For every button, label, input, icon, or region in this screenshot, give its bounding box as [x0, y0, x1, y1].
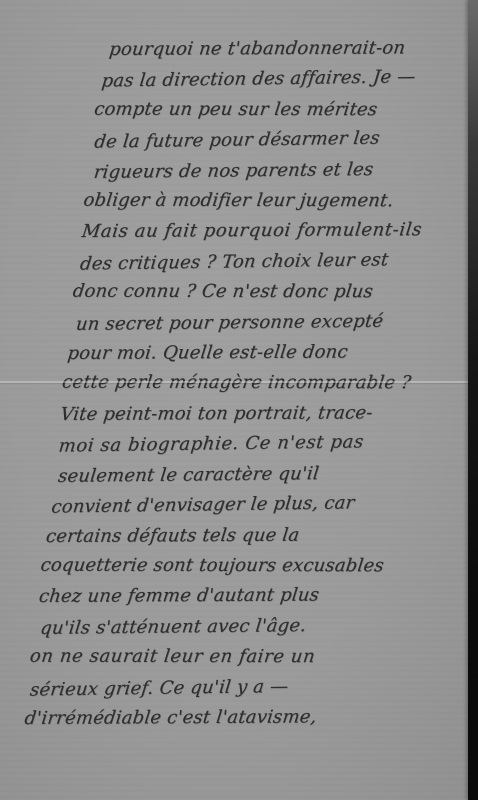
handwritten-line: sérieux grief. Ce qu'il y a —: [28, 670, 404, 706]
handwritten-line: de la future pour désarmer les: [93, 123, 469, 159]
handwritten-line: Mais au fait pourquoi formulent-ils: [80, 215, 456, 247]
handwritten-line: compte un peu sur les mérites: [92, 94, 468, 125]
handwritten-line: obliger à modifier leur jugement.: [82, 186, 458, 217]
handwritten-line: certains défauts tels que la: [44, 520, 420, 552]
handwritten-line: qu'ils s'atténuent avec l'âge.: [38, 610, 414, 644]
handwritten-line: pourquoi ne t'abandonnerait-on: [107, 33, 478, 65]
handwritten-line: des critiques ? Ton choix leur est: [78, 244, 454, 280]
handwritten-line: moi sa biographie. Ce n'est pas: [57, 427, 433, 463]
handwritten-line: cette perle ménagère incomparable ?: [60, 368, 436, 399]
handwritten-line: donc connu ? Ce n'est donc plus: [71, 277, 447, 308]
handwritten-line: un secret pour personne excepté: [74, 306, 450, 340]
handwritten-line: convient d'envisager le plus, car: [50, 487, 426, 523]
handwritten-line: d'irrémédiable c'est l'atavisme,: [23, 702, 399, 734]
handwritten-line: coquetterie sont toujours excusables: [39, 551, 415, 582]
handwritten-line: rigueurs de nos parents et les: [92, 154, 468, 188]
handwriting-block: pourquoi ne t'abandonnerait-on pas la di…: [23, 33, 477, 734]
handwritten-line: on ne saurait leur en faire un: [28, 642, 404, 673]
handwritten-line: Vite peint-moi ton portrait, trace-: [59, 398, 435, 430]
scan-edge-shadow: [468, 0, 478, 800]
handwritten-line: pour moi. Quelle est-elle donc: [66, 337, 442, 369]
handwritten-line: seulement le caractère qu'il: [56, 458, 432, 492]
scanned-letter-page: pourquoi ne t'abandonnerait-on pas la di…: [0, 0, 478, 800]
handwritten-line: pas la direction des affaires. Je —: [100, 62, 476, 98]
paper-crease-line: [0, 381, 468, 383]
handwritten-line: chez une femme d'autant plus: [37, 580, 413, 612]
